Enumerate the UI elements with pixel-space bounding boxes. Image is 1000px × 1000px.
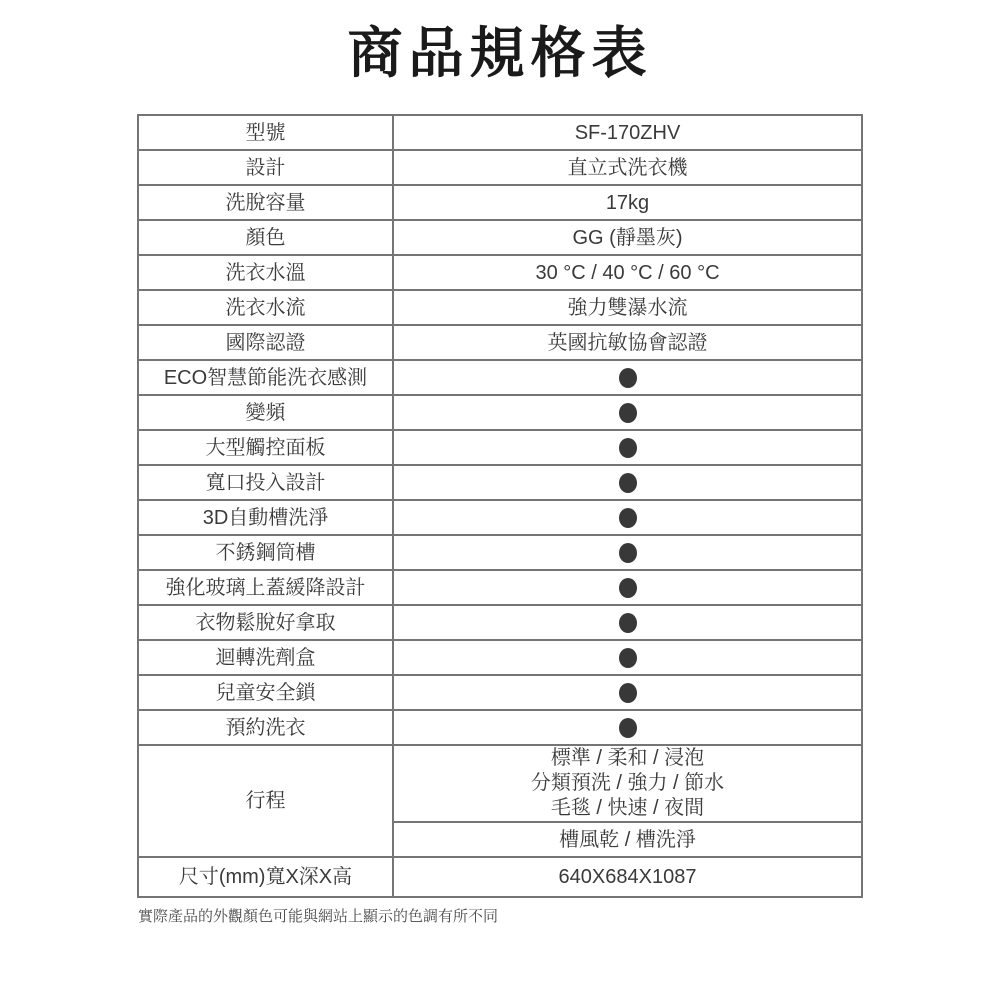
feature-present-cell	[393, 570, 862, 605]
spec-label: 強化玻璃上蓋緩降設計	[138, 570, 393, 605]
feature-dot-icon	[619, 508, 637, 528]
page-title: 商品規格表	[0, 22, 1000, 85]
spec-label: 型號	[138, 115, 393, 150]
program-line: 分類預洗 / 強力 / 節水	[398, 771, 857, 796]
table-row: 洗脫容量17kg	[138, 185, 862, 220]
feature-dot-icon	[619, 613, 637, 633]
spec-label: 設計	[138, 150, 393, 185]
spec-label: 洗衣水溫	[138, 255, 393, 290]
table-row: 寬口投入設計	[138, 465, 862, 500]
table-row: 國際認證英國抗敏協會認證	[138, 325, 862, 360]
spec-table-body: 型號SF-170ZHV設計直立式洗衣機洗脫容量17kg顏色GG (靜墨灰)洗衣水…	[138, 115, 862, 897]
table-row: 顏色GG (靜墨灰)	[138, 220, 862, 255]
spec-value: 30 °C / 40 °C / 60 °C	[393, 255, 862, 290]
feature-present-cell	[393, 500, 862, 535]
spec-label: 行程	[138, 745, 393, 857]
table-row: 洗衣水溫30 °C / 40 °C / 60 °C	[138, 255, 862, 290]
table-row: 行程標準 / 柔和 / 浸泡分類預洗 / 強力 / 節水毛毯 / 快速 / 夜間	[138, 745, 862, 822]
feature-dot-icon	[619, 543, 637, 563]
feature-dot-icon	[619, 438, 637, 458]
spec-label: 預約洗衣	[138, 710, 393, 745]
spec-value: 強力雙瀑水流	[393, 290, 862, 325]
feature-dot-icon	[619, 578, 637, 598]
spec-label: 變頻	[138, 395, 393, 430]
table-row: 變頻	[138, 395, 862, 430]
table-row: 洗衣水流強力雙瀑水流	[138, 290, 862, 325]
table-row: 強化玻璃上蓋緩降設計	[138, 570, 862, 605]
feature-present-cell	[393, 465, 862, 500]
table-row: 預約洗衣	[138, 710, 862, 745]
spec-table: 型號SF-170ZHV設計直立式洗衣機洗脫容量17kg顏色GG (靜墨灰)洗衣水…	[137, 114, 863, 898]
program-list-cell-secondary: 槽風乾 / 槽洗淨	[393, 822, 862, 857]
feature-present-cell	[393, 640, 862, 675]
spec-label: 迴轉洗劑盒	[138, 640, 393, 675]
table-row: 3D自動槽洗淨	[138, 500, 862, 535]
spec-value: SF-170ZHV	[393, 115, 862, 150]
spec-label: 不銹鋼筒槽	[138, 535, 393, 570]
feature-dot-icon	[619, 683, 637, 703]
spec-value: 17kg	[393, 185, 862, 220]
spec-value: GG (靜墨灰)	[393, 220, 862, 255]
spec-sheet-page: 商品規格表 型號SF-170ZHV設計直立式洗衣機洗脫容量17kg顏色GG (靜…	[0, 0, 1000, 1000]
table-row: ECO智慧節能洗衣感測	[138, 360, 862, 395]
table-row: 兒童安全鎖	[138, 675, 862, 710]
table-row: 尺寸(mm)寬X深X高640X684X1087	[138, 857, 862, 897]
table-row: 迴轉洗劑盒	[138, 640, 862, 675]
program-list-cell: 標準 / 柔和 / 浸泡分類預洗 / 強力 / 節水毛毯 / 快速 / 夜間	[393, 745, 862, 822]
feature-present-cell	[393, 710, 862, 745]
spec-label: 國際認證	[138, 325, 393, 360]
feature-dot-icon	[619, 648, 637, 668]
spec-label: 大型觸控面板	[138, 430, 393, 465]
spec-label: ECO智慧節能洗衣感測	[138, 360, 393, 395]
table-row: 不銹鋼筒槽	[138, 535, 862, 570]
feature-dot-icon	[619, 718, 637, 738]
spec-value: 640X684X1087	[393, 857, 862, 897]
disclaimer-note: 實際產品的外觀顏色可能與網站上顯示的色調有所不同	[138, 907, 862, 927]
feature-present-cell	[393, 605, 862, 640]
feature-dot-icon	[619, 368, 637, 388]
feature-present-cell	[393, 535, 862, 570]
feature-dot-icon	[619, 473, 637, 493]
feature-present-cell	[393, 675, 862, 710]
spec-label: 寬口投入設計	[138, 465, 393, 500]
table-row: 型號SF-170ZHV	[138, 115, 862, 150]
spec-label: 衣物鬆脫好拿取	[138, 605, 393, 640]
spec-label: 顏色	[138, 220, 393, 255]
spec-value: 直立式洗衣機	[393, 150, 862, 185]
table-row: 設計直立式洗衣機	[138, 150, 862, 185]
spec-label: 尺寸(mm)寬X深X高	[138, 857, 393, 897]
spec-label: 兒童安全鎖	[138, 675, 393, 710]
table-row: 衣物鬆脫好拿取	[138, 605, 862, 640]
table-row: 大型觸控面板	[138, 430, 862, 465]
spec-value: 英國抗敏協會認證	[393, 325, 862, 360]
program-line: 標準 / 柔和 / 浸泡	[398, 746, 857, 771]
spec-label: 洗衣水流	[138, 290, 393, 325]
feature-dot-icon	[619, 403, 637, 423]
spec-label: 3D自動槽洗淨	[138, 500, 393, 535]
feature-present-cell	[393, 430, 862, 465]
program-line: 毛毯 / 快速 / 夜間	[398, 796, 857, 821]
spec-label: 洗脫容量	[138, 185, 393, 220]
feature-present-cell	[393, 360, 862, 395]
feature-present-cell	[393, 395, 862, 430]
